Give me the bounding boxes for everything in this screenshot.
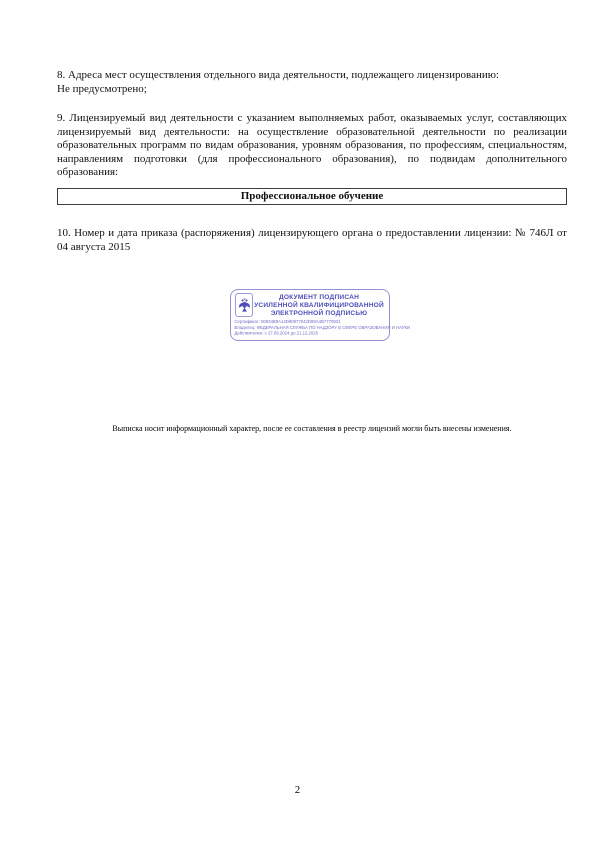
stamp-title-line-1: ДОКУМЕНТ ПОДПИСАН	[253, 294, 385, 302]
informational-footnote: Выписка носит информационный характер, п…	[57, 424, 567, 434]
item-9-label: 9. Лицензируемый вид деятельности с указ…	[57, 112, 567, 180]
stamp-validity-line: Действителен: с 27.09.2024 до 21.12.2025	[234, 331, 392, 337]
document-page: 8. Адреса мест осуществления отдельного …	[0, 0, 595, 841]
item-8-label: 8. Адреса мест осуществления отдельного …	[57, 69, 567, 83]
item-8-section: 8. Адреса мест осуществления отдельного …	[57, 69, 567, 96]
digital-signature-stamp: ДОКУМЕНТ ПОДПИСАН УСИЛЕННОЙ КВАЛИФИЦИРОВ…	[230, 289, 390, 341]
licensed-activity-box: Профессиональное обучение	[57, 188, 567, 205]
stamp-title: ДОКУМЕНТ ПОДПИСАН УСИЛЕННОЙ КВАЛИФИЦИРОВ…	[253, 293, 385, 318]
coat-of-arms-icon	[235, 293, 253, 317]
stamp-certificate-line: Сертификат: 00834B9A14D90877042D89A4B777…	[234, 319, 392, 325]
page-number: 2	[0, 785, 595, 796]
stamp-owner-line: Владелец: ФЕДЕРАЛЬНАЯ СЛУЖБА ПО НАДЗОРУ …	[234, 325, 392, 331]
item-8-value: Не предусмотрено;	[57, 83, 567, 97]
item-10-label: 10. Номер и дата приказа (распоряжения) …	[57, 227, 567, 254]
stamp-details: Сертификат: 00834B9A14D90877042D89A4B777…	[231, 318, 392, 337]
stamp-title-line-2: УСИЛЕННОЙ КВАЛИФИЦИРОВАННОЙ	[253, 302, 385, 310]
stamp-header-row: ДОКУМЕНТ ПОДПИСАН УСИЛЕННОЙ КВАЛИФИЦИРОВ…	[231, 290, 389, 318]
stamp-title-line-3: ЭЛЕКТРОННОЙ ПОДПИСЬЮ	[253, 310, 385, 318]
